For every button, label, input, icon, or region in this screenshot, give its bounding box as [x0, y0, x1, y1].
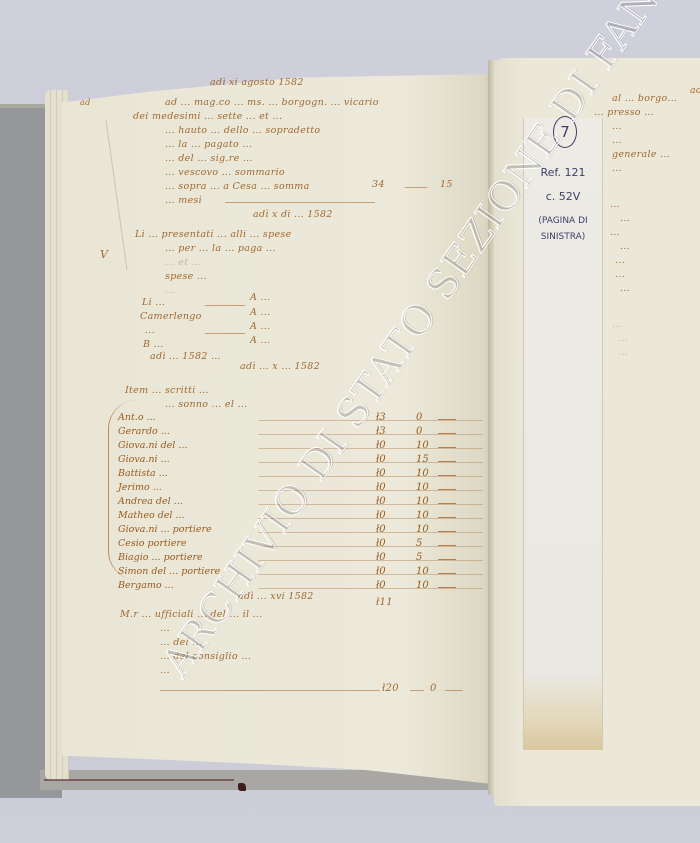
ledger-name: Andrea del ... [118, 496, 183, 507]
margin-mark-v: V [100, 248, 108, 262]
text-line: ... sopra ... a Cesa ... somma [165, 180, 310, 194]
slip-note: (PAGINA DI [524, 214, 602, 228]
entry-note: A ... [250, 291, 270, 305]
text-line: ... [615, 254, 625, 268]
ledger-name: Cesio portiere [118, 538, 187, 549]
ledger-soldi: 15 [416, 454, 429, 465]
slip-note: SINISTRA) [524, 230, 602, 244]
ledger-lire: ł0 [376, 496, 386, 507]
header-date: adì xi agosto 1582 [210, 76, 304, 90]
text-line: ... [165, 284, 175, 298]
table-row: Ant.o ...ł30 [118, 412, 478, 426]
entry-text: Camerlengo [140, 310, 202, 324]
ledger-soldi: 0 [416, 412, 422, 423]
ledger-soldi: 10 [416, 482, 429, 493]
amount-soldi: 0 [430, 682, 437, 696]
entry-note: A ... [250, 334, 270, 348]
ledger-name: Biagio ... portiere [118, 552, 203, 563]
text-line: ... [610, 226, 620, 240]
text-line: ... [160, 622, 170, 636]
ledger-soldi: 5 [416, 538, 422, 549]
ledger-soldi: 10 [416, 468, 429, 479]
entry-note: A ... [250, 320, 270, 334]
ledger-name: Gerardo ... [118, 426, 170, 437]
ledger-name: Giova.ni ... portiere [118, 524, 212, 535]
ledger-lire: ł0 [376, 468, 386, 479]
amount-soldi: 15 [440, 178, 453, 192]
ledger-lire: ł0 [376, 440, 386, 451]
ledger-lire: ł3 [376, 426, 386, 437]
text-line: generale ... [612, 148, 670, 162]
table-row: Simon del ... portiereł010 [118, 566, 478, 580]
text-line: ad ... mag.co ... ms. ... borgogn. ... v… [165, 96, 379, 110]
ledger-lire: ł0 [376, 580, 386, 591]
ledger-intro: ... sonno ... el ... [165, 398, 247, 412]
date-3: adì ... x ... 1582 [240, 360, 320, 374]
leaf-edge [44, 779, 234, 781]
text-line: ... [612, 162, 622, 176]
table-row: Gerardo ...ł30 [118, 426, 478, 440]
ruling-line [410, 690, 424, 691]
ledger-soldi: 10 [416, 580, 429, 591]
text-line: ... presso ... [594, 106, 654, 120]
text-line: ... [618, 346, 628, 360]
text-line: ... la ... pagato ... [165, 138, 252, 152]
text-line: ... [612, 120, 622, 134]
text-line: ... [620, 212, 630, 226]
ledger-name: Simon del ... portiere [118, 566, 220, 577]
ledger-name: Bergamo ... [118, 580, 174, 591]
ledger-intro: Item ... scritti ... [125, 384, 209, 398]
ruling-line [205, 305, 245, 306]
text-line: spese ... [165, 270, 207, 284]
ledger-lire: ł0 [376, 524, 386, 535]
text-line: ... del ... sig.re ... [165, 152, 253, 166]
entry-note: A ... [250, 306, 270, 320]
text-line: ... [612, 318, 622, 332]
ledger-lire: ł0 [376, 454, 386, 465]
ledger-lire: ł0 [376, 566, 386, 577]
text-line: dei medesimi ... sette ... et ... [133, 110, 282, 124]
entry-text: ... [145, 324, 155, 338]
text-line: ... [618, 332, 628, 346]
entry-text: Li ... [142, 296, 165, 310]
reference-slip: Ref. 121 c. 52V (PAGINA DI SINISTRA) [523, 118, 603, 750]
ledger-soldi: 0 [416, 426, 422, 437]
text-line: ... mesi [165, 194, 202, 208]
ruling-line [445, 690, 463, 691]
text-line: ... per ... la ... paga ... [165, 242, 276, 256]
ledger-lire: ł0 [376, 510, 386, 521]
amount-lire: ł20 [382, 682, 399, 696]
text-line: ... [620, 282, 630, 296]
amount-lire: 34 [372, 178, 385, 192]
ledger-soldi: 5 [416, 552, 422, 563]
table-row: Cesio portiereł05 [118, 538, 478, 552]
text-line: al ... borgo... [612, 92, 677, 106]
ruling-line [205, 333, 245, 334]
ledger-soldi: 10 [416, 496, 429, 507]
date-2: adì x di ... 1582 [253, 208, 333, 222]
margin-note: ad [80, 96, 91, 110]
ledger-name: Battista ... [118, 468, 168, 479]
text-line: ... [620, 240, 630, 254]
ledger-soldi: 10 [416, 440, 429, 451]
text-line: ... [610, 198, 620, 212]
table-row: Biagio ... portiereł05 [118, 552, 478, 566]
ledger-name: Jerimo ... [118, 482, 162, 493]
text-line: ad [690, 84, 700, 98]
ledger-soldi: 10 [416, 510, 429, 521]
ruling-line [405, 187, 427, 188]
ink-blot [238, 783, 246, 791]
ledger-lire: ł0 [376, 482, 386, 493]
ledger-name: Giova.ni del ... [118, 440, 187, 451]
ledger-name: Giova.ni ... [118, 454, 170, 465]
ledger-name: Ant.o ... [118, 412, 156, 423]
ledger-lire: ł0 [376, 552, 386, 563]
text-line: ... vescovo ... sommario [165, 166, 285, 180]
text-line: ... [612, 134, 622, 148]
entry-text: adì ... 1582 ... [150, 350, 221, 364]
ledger-soldi: 10 [416, 566, 429, 577]
ruling-line [225, 202, 375, 203]
text-line: ... [615, 268, 625, 282]
ledger-total: ł11 [376, 596, 393, 610]
text-line: Li ... presentati ... alli ... spese [135, 228, 292, 242]
ledger-name: Matheo del ... [118, 510, 185, 521]
ledger-lire: ł0 [376, 538, 386, 549]
ruling-line [160, 690, 380, 691]
text-line: ... et ... [165, 256, 202, 270]
ledger-soldi: 10 [416, 524, 429, 535]
text-line: ... hauto ... dello ... sopradetto [165, 124, 320, 138]
